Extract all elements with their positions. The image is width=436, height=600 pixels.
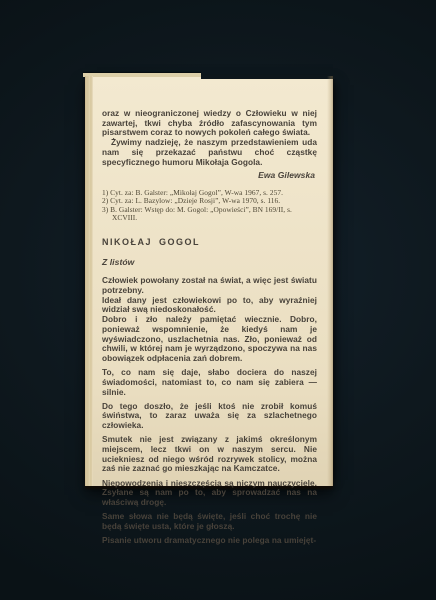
page-top-step <box>201 75 335 79</box>
aphorism: Niepowodzenia i nieszczęścia są niczym n… <box>102 479 317 508</box>
intro-paragraph: Żywimy nadzieję, że naszym przedstawieni… <box>102 138 317 167</box>
aphorism: Pisanie utworu dramatycznego nie polega … <box>102 536 317 546</box>
aphorism: Dobro i zło należy pamiętać wiecznie. Do… <box>102 315 317 364</box>
aphorism: Do tego doszło, że jeśli ktoś nie zrobił… <box>102 402 317 431</box>
section-title: NIKOŁAJ GOGOL <box>102 238 317 248</box>
aphorism: Ideał dany jest człowiekowi po to, aby w… <box>102 296 317 315</box>
intro-paragraph: oraz w nieograniczonej wiedzy o Człowiek… <box>102 109 317 138</box>
footnotes-block: 1) Cyt. za: B. Galster: „Mikołaj Gogol”,… <box>102 189 317 223</box>
aphorism: To, co nam się daje, słabo dociera do na… <box>102 368 317 397</box>
aphorism: Człowiek powołany został na świat, a wię… <box>102 276 317 295</box>
aphorism: Smutek nie jest związany z jakimś określ… <box>102 435 317 474</box>
book-page: oraz w nieograniczonej wiedzy o Człowiek… <box>85 76 333 486</box>
section-subtitle: Z listów <box>102 258 317 268</box>
footnote: 3) B. Galster: Wstęp do: M. Gogol: „Opow… <box>102 206 317 223</box>
page-edge-stack <box>85 76 93 486</box>
aphorism: Same słowa nie będą święte, jeśli choć t… <box>102 512 317 531</box>
aphorisms-block: Człowiek powołany został na świat, a wię… <box>102 276 317 546</box>
page-content: oraz w nieograniczonej wiedzy o Człowiek… <box>102 109 317 546</box>
photo-backdrop: oraz w nieograniczonej wiedzy o Człowiek… <box>0 0 436 600</box>
author-signature: Ewa Gilewska <box>102 171 317 181</box>
